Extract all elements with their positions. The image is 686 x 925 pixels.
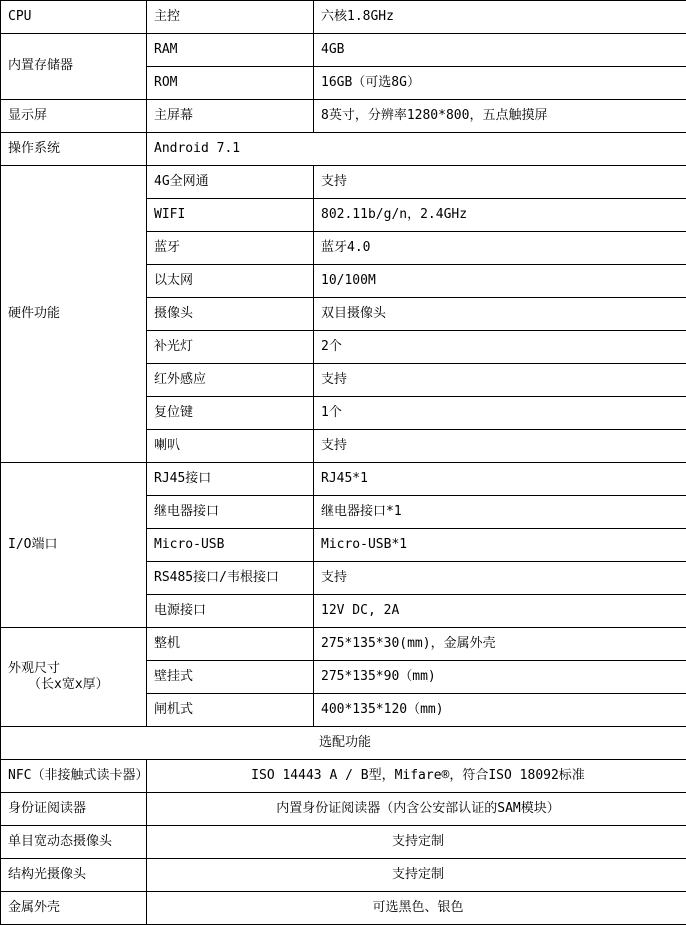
dimensions-label-line1: 外观尺寸	[8, 661, 142, 677]
value-cell: 802.11b/g/n，2.4GHz	[314, 199, 686, 232]
spec-sheet: CPU 主控 六核1.8GHz 内置存储器 RAM 4GB ROM 16GB（可…	[0, 0, 686, 925]
row-wdr-camera: 单目宽动态摄像头 支持定制	[1, 826, 686, 859]
item-cell: Micro-USB	[147, 529, 314, 562]
optional-features-header: 选配功能	[1, 727, 686, 760]
item-cell: ROM	[147, 67, 314, 100]
item-cell: 电源接口	[147, 595, 314, 628]
value-cell: 10/100M	[314, 265, 686, 298]
value-cell: 4GB	[314, 34, 686, 67]
value-cell: 可选黑色、银色	[147, 892, 686, 925]
value-cell: 继电器接口*1	[314, 496, 686, 529]
item-cell: WIFI	[147, 199, 314, 232]
value-cell-os: Android 7.1	[147, 133, 686, 166]
item-cell: 主屏幕	[147, 100, 314, 133]
value-cell: 支持	[314, 562, 686, 595]
category-cell-dimensions: 外观尺寸 （长x宽x厚）	[1, 628, 147, 727]
row-optional-header: 选配功能	[1, 727, 686, 760]
row-whole-unit: 外观尺寸 （长x宽x厚） 整机 275*135*30(mm)，金属外壳	[1, 628, 686, 661]
item-cell: 摄像头	[147, 298, 314, 331]
item-cell: 主控	[147, 1, 314, 34]
value-cell: 支持定制	[147, 826, 686, 859]
item-cell: 壁挂式	[147, 661, 314, 694]
value-cell: 支持	[314, 364, 686, 397]
row-cpu: CPU 主控 六核1.8GHz	[1, 1, 686, 34]
item-cell: 喇叭	[147, 430, 314, 463]
value-cell: Micro-USB*1	[314, 529, 686, 562]
category-cell-storage: 内置存储器	[1, 34, 147, 100]
row-nfc: NFC（非接触式读卡器） ISO 14443 A / B型，Mifare®，符合…	[1, 760, 686, 793]
category-cell-structured-light: 结构光摄像头	[1, 859, 147, 892]
item-cell: RAM	[147, 34, 314, 67]
category-cell-display: 显示屏	[1, 100, 147, 133]
row-metal-shell: 金属外壳 可选黑色、银色	[1, 892, 686, 925]
category-cell-wdr-camera: 单目宽动态摄像头	[1, 826, 147, 859]
row-os: 操作系统 Android 7.1	[1, 133, 686, 166]
value-cell: 8英寸，分辨率1280*800，五点触摸屏	[314, 100, 686, 133]
value-cell: 275*135*90（mm)	[314, 661, 686, 694]
row-structured-light: 结构光摄像头 支持定制	[1, 859, 686, 892]
item-cell: 整机	[147, 628, 314, 661]
item-cell: 补光灯	[147, 331, 314, 364]
value-cell: 1个	[314, 397, 686, 430]
item-cell: RJ45接口	[147, 463, 314, 496]
item-cell: 闸机式	[147, 694, 314, 727]
row-rj45: I/O端口 RJ45接口 RJ45*1	[1, 463, 686, 496]
value-cell: 双目摄像头	[314, 298, 686, 331]
item-cell: 4G全网通	[147, 166, 314, 199]
value-cell: 16GB（可选8G）	[314, 67, 686, 100]
item-cell: RS485接口/韦根接口	[147, 562, 314, 595]
value-cell: 400*135*120（mm)	[314, 694, 686, 727]
item-cell: 以太网	[147, 265, 314, 298]
category-cell-hardware: 硬件功能	[1, 166, 147, 463]
row-ram: 内置存储器 RAM 4GB	[1, 34, 686, 67]
item-cell: 复位键	[147, 397, 314, 430]
value-cell: 内置身份证阅读器（内含公安部认证的SAM模块）	[147, 793, 686, 826]
value-cell: 2个	[314, 331, 686, 364]
spec-table: CPU 主控 六核1.8GHz 内置存储器 RAM 4GB ROM 16GB（可…	[0, 0, 686, 925]
row-idreader: 身份证阅读器 内置身份证阅读器（内含公安部认证的SAM模块）	[1, 793, 686, 826]
category-cell-idreader: 身份证阅读器	[1, 793, 147, 826]
category-cell-cpu: CPU	[1, 1, 147, 34]
item-cell: 红外感应	[147, 364, 314, 397]
row-display: 显示屏 主屏幕 8英寸，分辨率1280*800，五点触摸屏	[1, 100, 686, 133]
item-cell: 继电器接口	[147, 496, 314, 529]
row-4g: 硬件功能 4G全网通 支持	[1, 166, 686, 199]
value-cell: 支持定制	[147, 859, 686, 892]
dimensions-label-line2: （长x宽x厚）	[8, 677, 142, 693]
value-cell: ISO 14443 A / B型，Mifare®，符合ISO 18092标准	[147, 760, 686, 793]
value-cell: 12V DC, 2A	[314, 595, 686, 628]
value-cell: 蓝牙4.0	[314, 232, 686, 265]
category-cell-metal-shell: 金属外壳	[1, 892, 147, 925]
value-cell: 六核1.8GHz	[314, 1, 686, 34]
category-cell-nfc: NFC（非接触式读卡器）	[1, 760, 147, 793]
category-cell-io: I/O端口	[1, 463, 147, 628]
value-cell: RJ45*1	[314, 463, 686, 496]
item-cell: 蓝牙	[147, 232, 314, 265]
value-cell: 支持	[314, 430, 686, 463]
value-cell: 275*135*30(mm)，金属外壳	[314, 628, 686, 661]
value-cell: 支持	[314, 166, 686, 199]
category-cell-os: 操作系统	[1, 133, 147, 166]
